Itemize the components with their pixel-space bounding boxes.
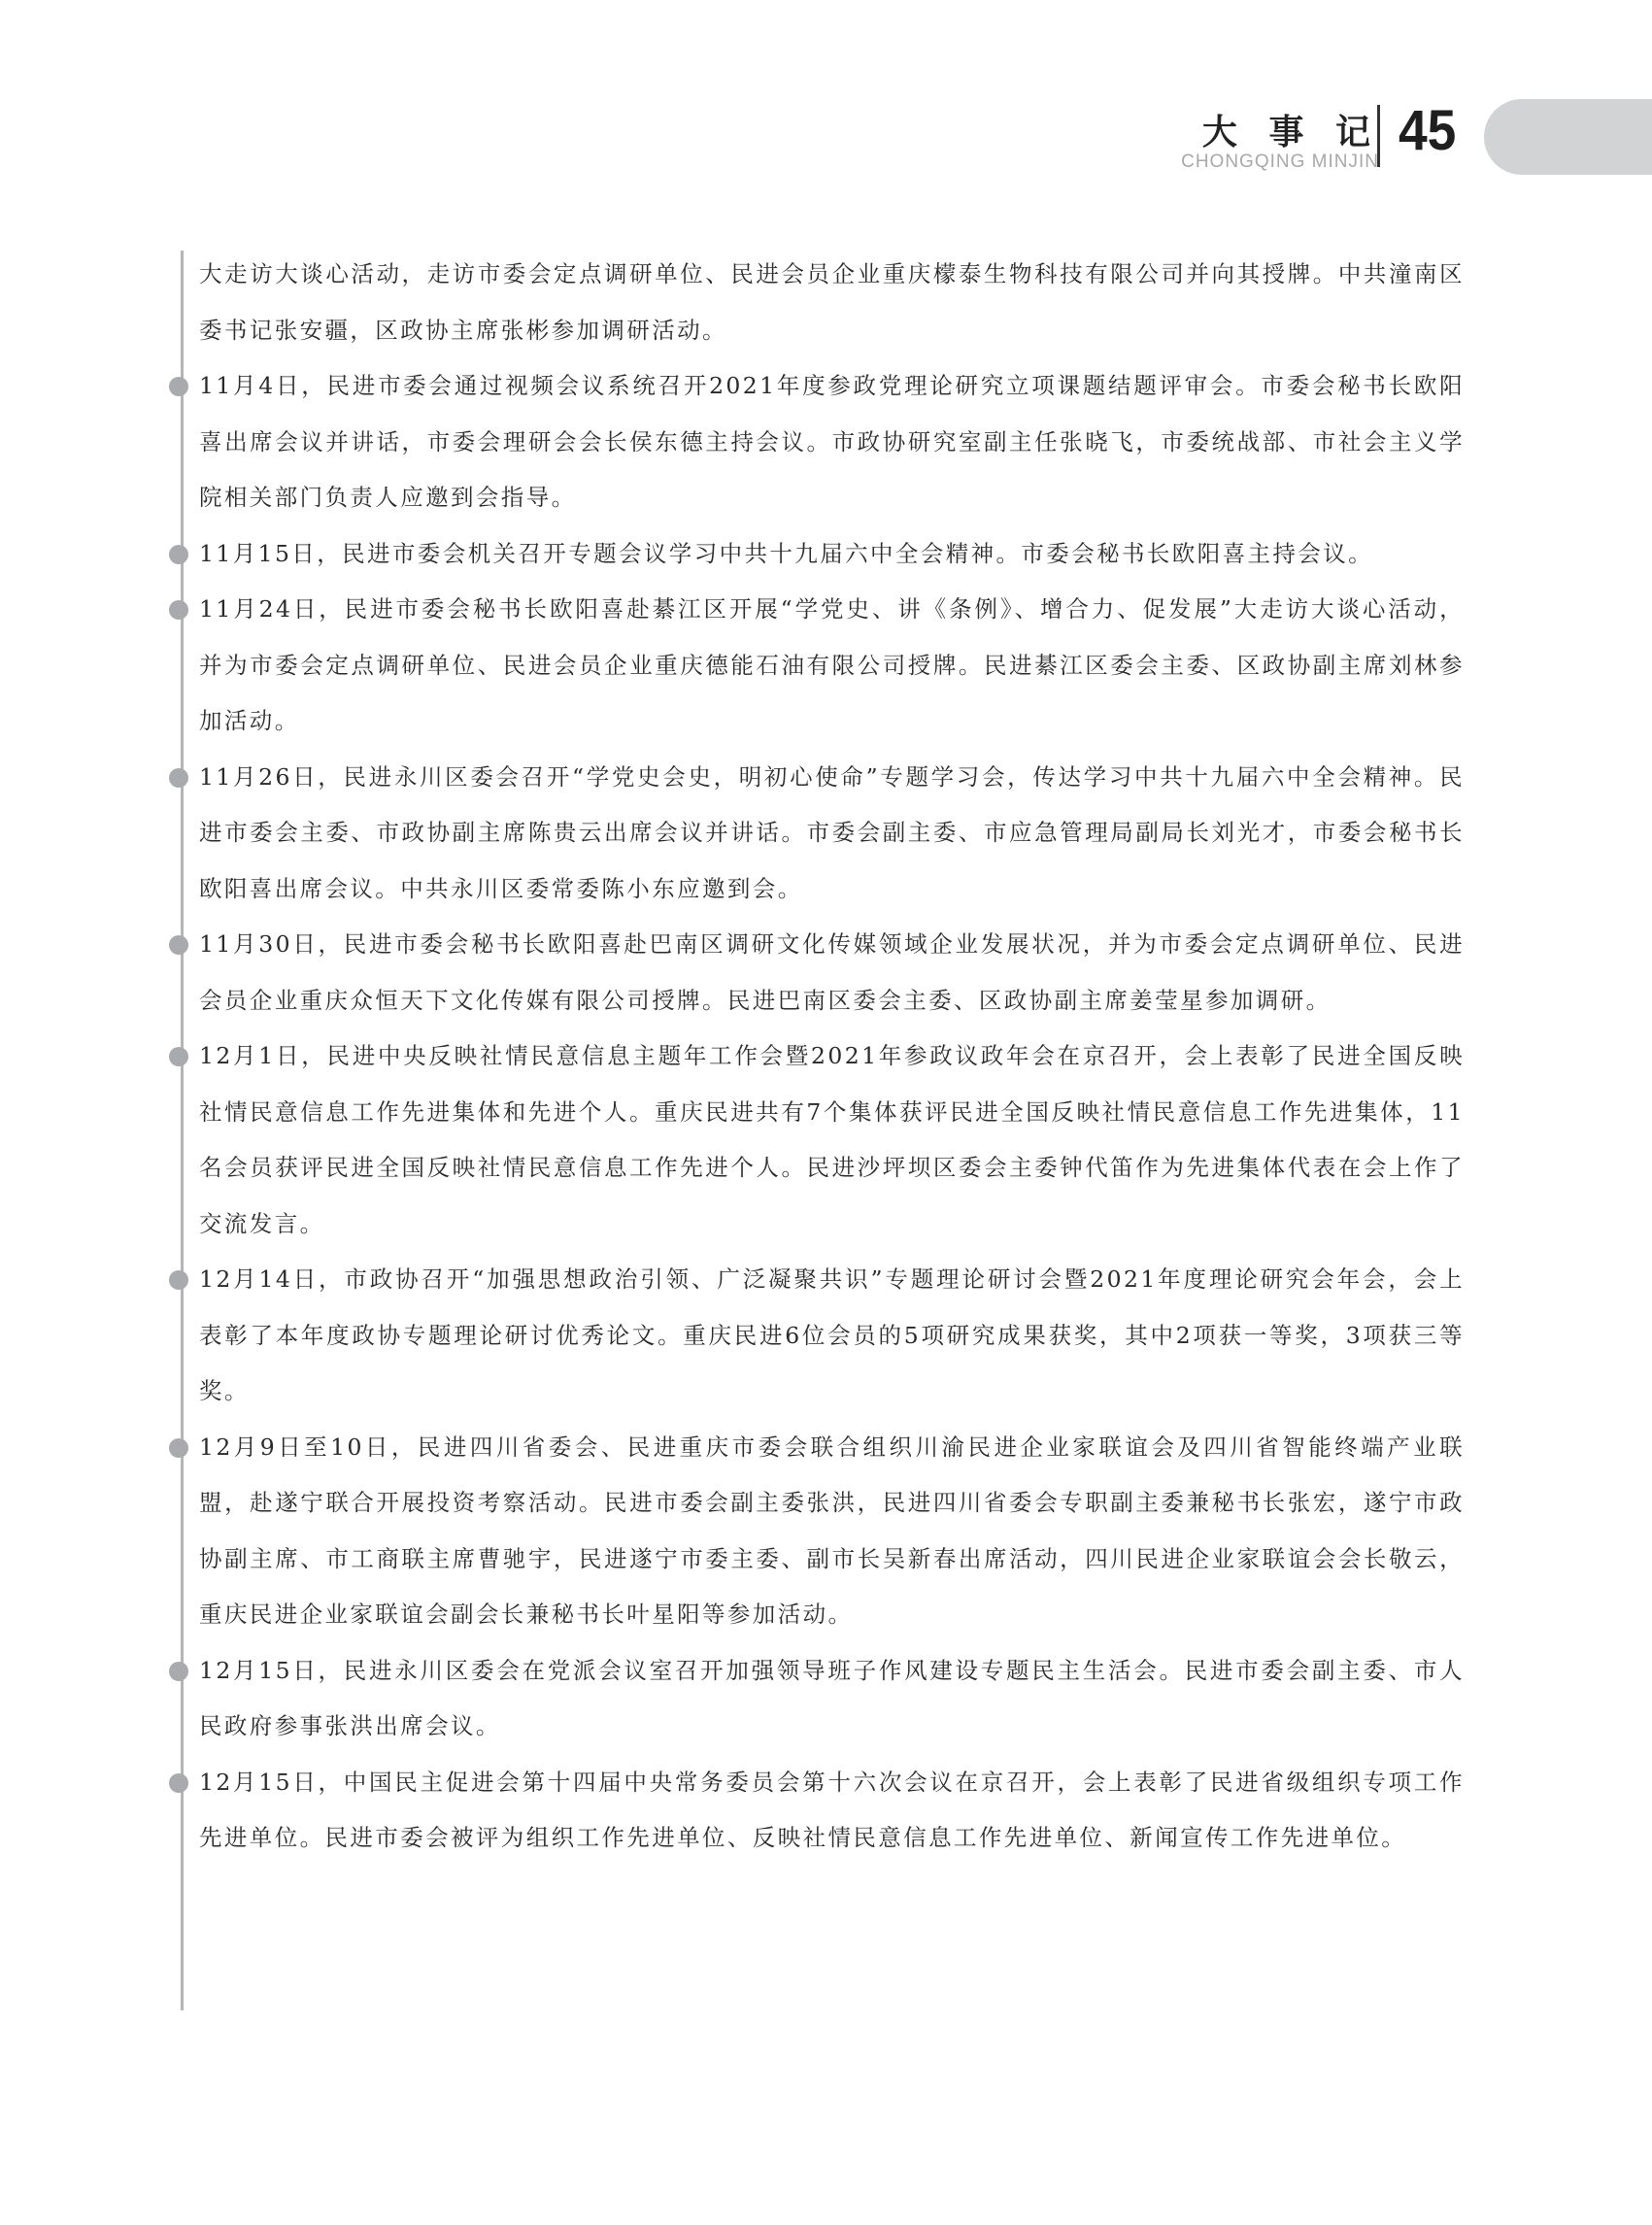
timeline-dot-icon <box>169 1773 188 1793</box>
chronicle-entry: 大走访大谈心活动，走访市委会定点调研单位、民进会员企业重庆檬泰生物科技有限公司并… <box>199 247 1465 358</box>
entry-text: 12月1日，民进中央反映社情民意信息主题年工作会暨2021年参政议政年会在京召开… <box>199 1042 1465 1237</box>
publication-subtitle: CHONGQING MINJIN <box>1181 152 1379 173</box>
timeline-dot-icon <box>169 545 188 564</box>
chronicle-entry: 12月14日，市政协召开“加强思想政治引领、广泛凝聚共识”专题理论研讨会暨202… <box>199 1252 1465 1420</box>
entry-text: 11月26日，民进永川区委会召开“学党史会史，明初心使命”专题学习会，传达学习中… <box>199 763 1465 902</box>
entry-text: 12月15日，民进永川区委会在党派会议室召开加强领导班子作风建设专题民主生活会。… <box>199 1657 1465 1740</box>
page-header: 大 事 记 CHONGQING MINJIN 45 <box>0 97 1652 194</box>
chronicle-entry: 12月15日，民进永川区委会在党派会议室召开加强领导班子作风建设专题民主生活会。… <box>199 1643 1465 1755</box>
timeline-dot-icon <box>169 935 188 955</box>
section-title: 大 事 记 <box>1202 105 1380 154</box>
chronicle-entry: 12月1日，民进中央反映社情民意信息主题年工作会暨2021年参政议政年会在京召开… <box>199 1028 1465 1252</box>
timeline-dot-icon <box>169 1438 188 1458</box>
timeline-dot-icon <box>169 377 188 396</box>
chronicle-entry: 11月26日，民进永川区委会召开“学党史会史，明初心使命”专题学习会，传达学习中… <box>199 750 1465 918</box>
page-tab-decoration <box>1484 99 1652 175</box>
entry-text: 大走访大谈心活动，走访市委会定点调研单位、民进会员企业重庆檬泰生物科技有限公司并… <box>199 260 1465 344</box>
timeline-dot-icon <box>169 1047 188 1066</box>
chronicle-entry: 12月15日，中国民主促进会第十四届中央常务委员会第十六次会议在京召开，会上表彰… <box>199 1755 1465 1867</box>
entry-text: 12月9日至10日，民进四川省委会、民进重庆市委会联合组织川渝民进企业家联谊会及… <box>199 1433 1465 1629</box>
entry-text: 11月4日，民进市委会通过视频会议系统召开2021年度参政党理论研究立项课题结题… <box>199 372 1465 511</box>
timeline-dot-icon <box>169 1270 188 1290</box>
entry-text: 11月15日，民进市委会机关召开专题会议学习中共十九届六中全会精神。市委会秘书长… <box>199 540 1373 567</box>
timeline-dot-icon <box>169 1662 188 1681</box>
chronicle-entry: 11月24日，民进市委会秘书长欧阳喜赴綦江区开展“学党史、讲《条例》、增合力、促… <box>199 582 1465 750</box>
chronicle-entry: 11月15日，民进市委会机关召开专题会议学习中共十九届六中全会精神。市委会秘书长… <box>199 526 1465 583</box>
entry-text: 12月15日，中国民主促进会第十四届中央常务委员会第十六次会议在京召开，会上表彰… <box>199 1769 1465 1852</box>
header-divider <box>1377 105 1380 167</box>
timeline-line <box>181 251 184 2010</box>
entry-text: 11月30日，民进市委会秘书长欧阳喜赴巴南区调研文化传媒领域企业发展状况，并为市… <box>199 930 1465 1014</box>
entry-text: 11月24日，民进市委会秘书长欧阳喜赴綦江区开展“学党史、讲《条例》、增合力、促… <box>199 595 1465 734</box>
chronicle-entries: 大走访大谈心活动，走访市委会定点调研单位、民进会员企业重庆檬泰生物科技有限公司并… <box>199 247 1465 1867</box>
entry-text: 12月14日，市政协召开“加强思想政治引领、广泛凝聚共识”专题理论研讨会暨202… <box>199 1265 1465 1404</box>
timeline-dot-icon <box>169 768 188 788</box>
chronicle-entry: 11月30日，民进市委会秘书长欧阳喜赴巴南区调研文化传媒领域企业发展状况，并为市… <box>199 917 1465 1028</box>
timeline-dot-icon <box>169 600 188 620</box>
chronicle-entry: 12月9日至10日，民进四川省委会、民进重庆市委会联合组织川渝民进企业家联谊会及… <box>199 1420 1465 1643</box>
chronicle-entry: 11月4日，民进市委会通过视频会议系统召开2021年度参政党理论研究立项课题结题… <box>199 358 1465 526</box>
page-number: 45 <box>1399 103 1456 159</box>
